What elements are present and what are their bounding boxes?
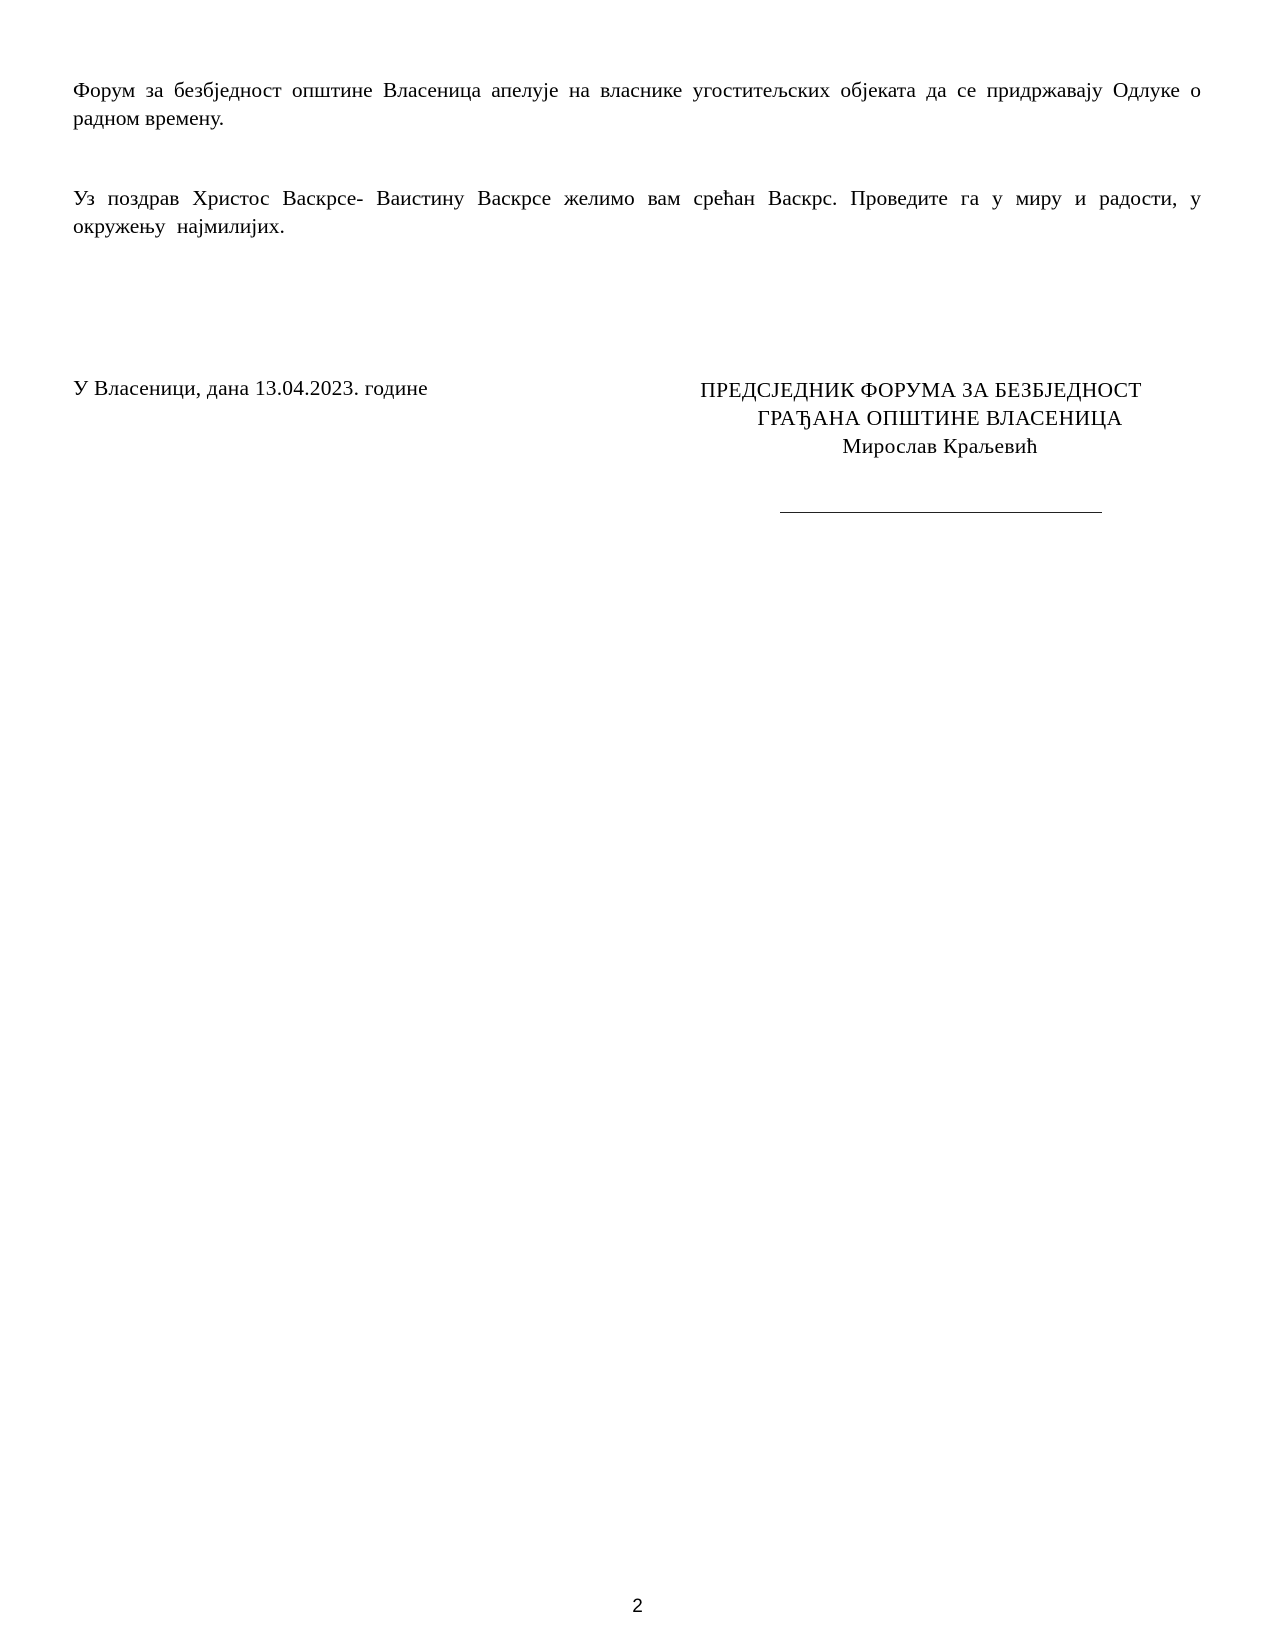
signature-block: ПРЕДСЈЕДНИК ФОРУМА ЗА БЕЗБЈЕДНОСТ ГРАЂАН… [680,376,1200,460]
signature-title-line1: ПРЕДСЈЕДНИК ФОРУМА ЗА БЕЗБЈЕДНОСТ [642,376,1200,404]
place-and-date: У Власеници, дана 13.04.2023. године [73,376,428,401]
signature-title-line2: ГРАЂАНА ОПШТИНЕ ВЛАСЕНИЦА [680,404,1200,432]
paragraph-appeal: Форум за безбједност општине Власеница а… [73,76,1201,132]
paragraph-greeting: Уз поздрав Христос Васкрсе- Ваистину Вас… [73,184,1201,240]
signatory-name: Мирослав Краљевић [680,432,1200,460]
page-number: 2 [0,1596,1275,1618]
signature-line [780,512,1102,513]
document-page: Форум за безбједност општине Власеница а… [0,0,1275,1650]
